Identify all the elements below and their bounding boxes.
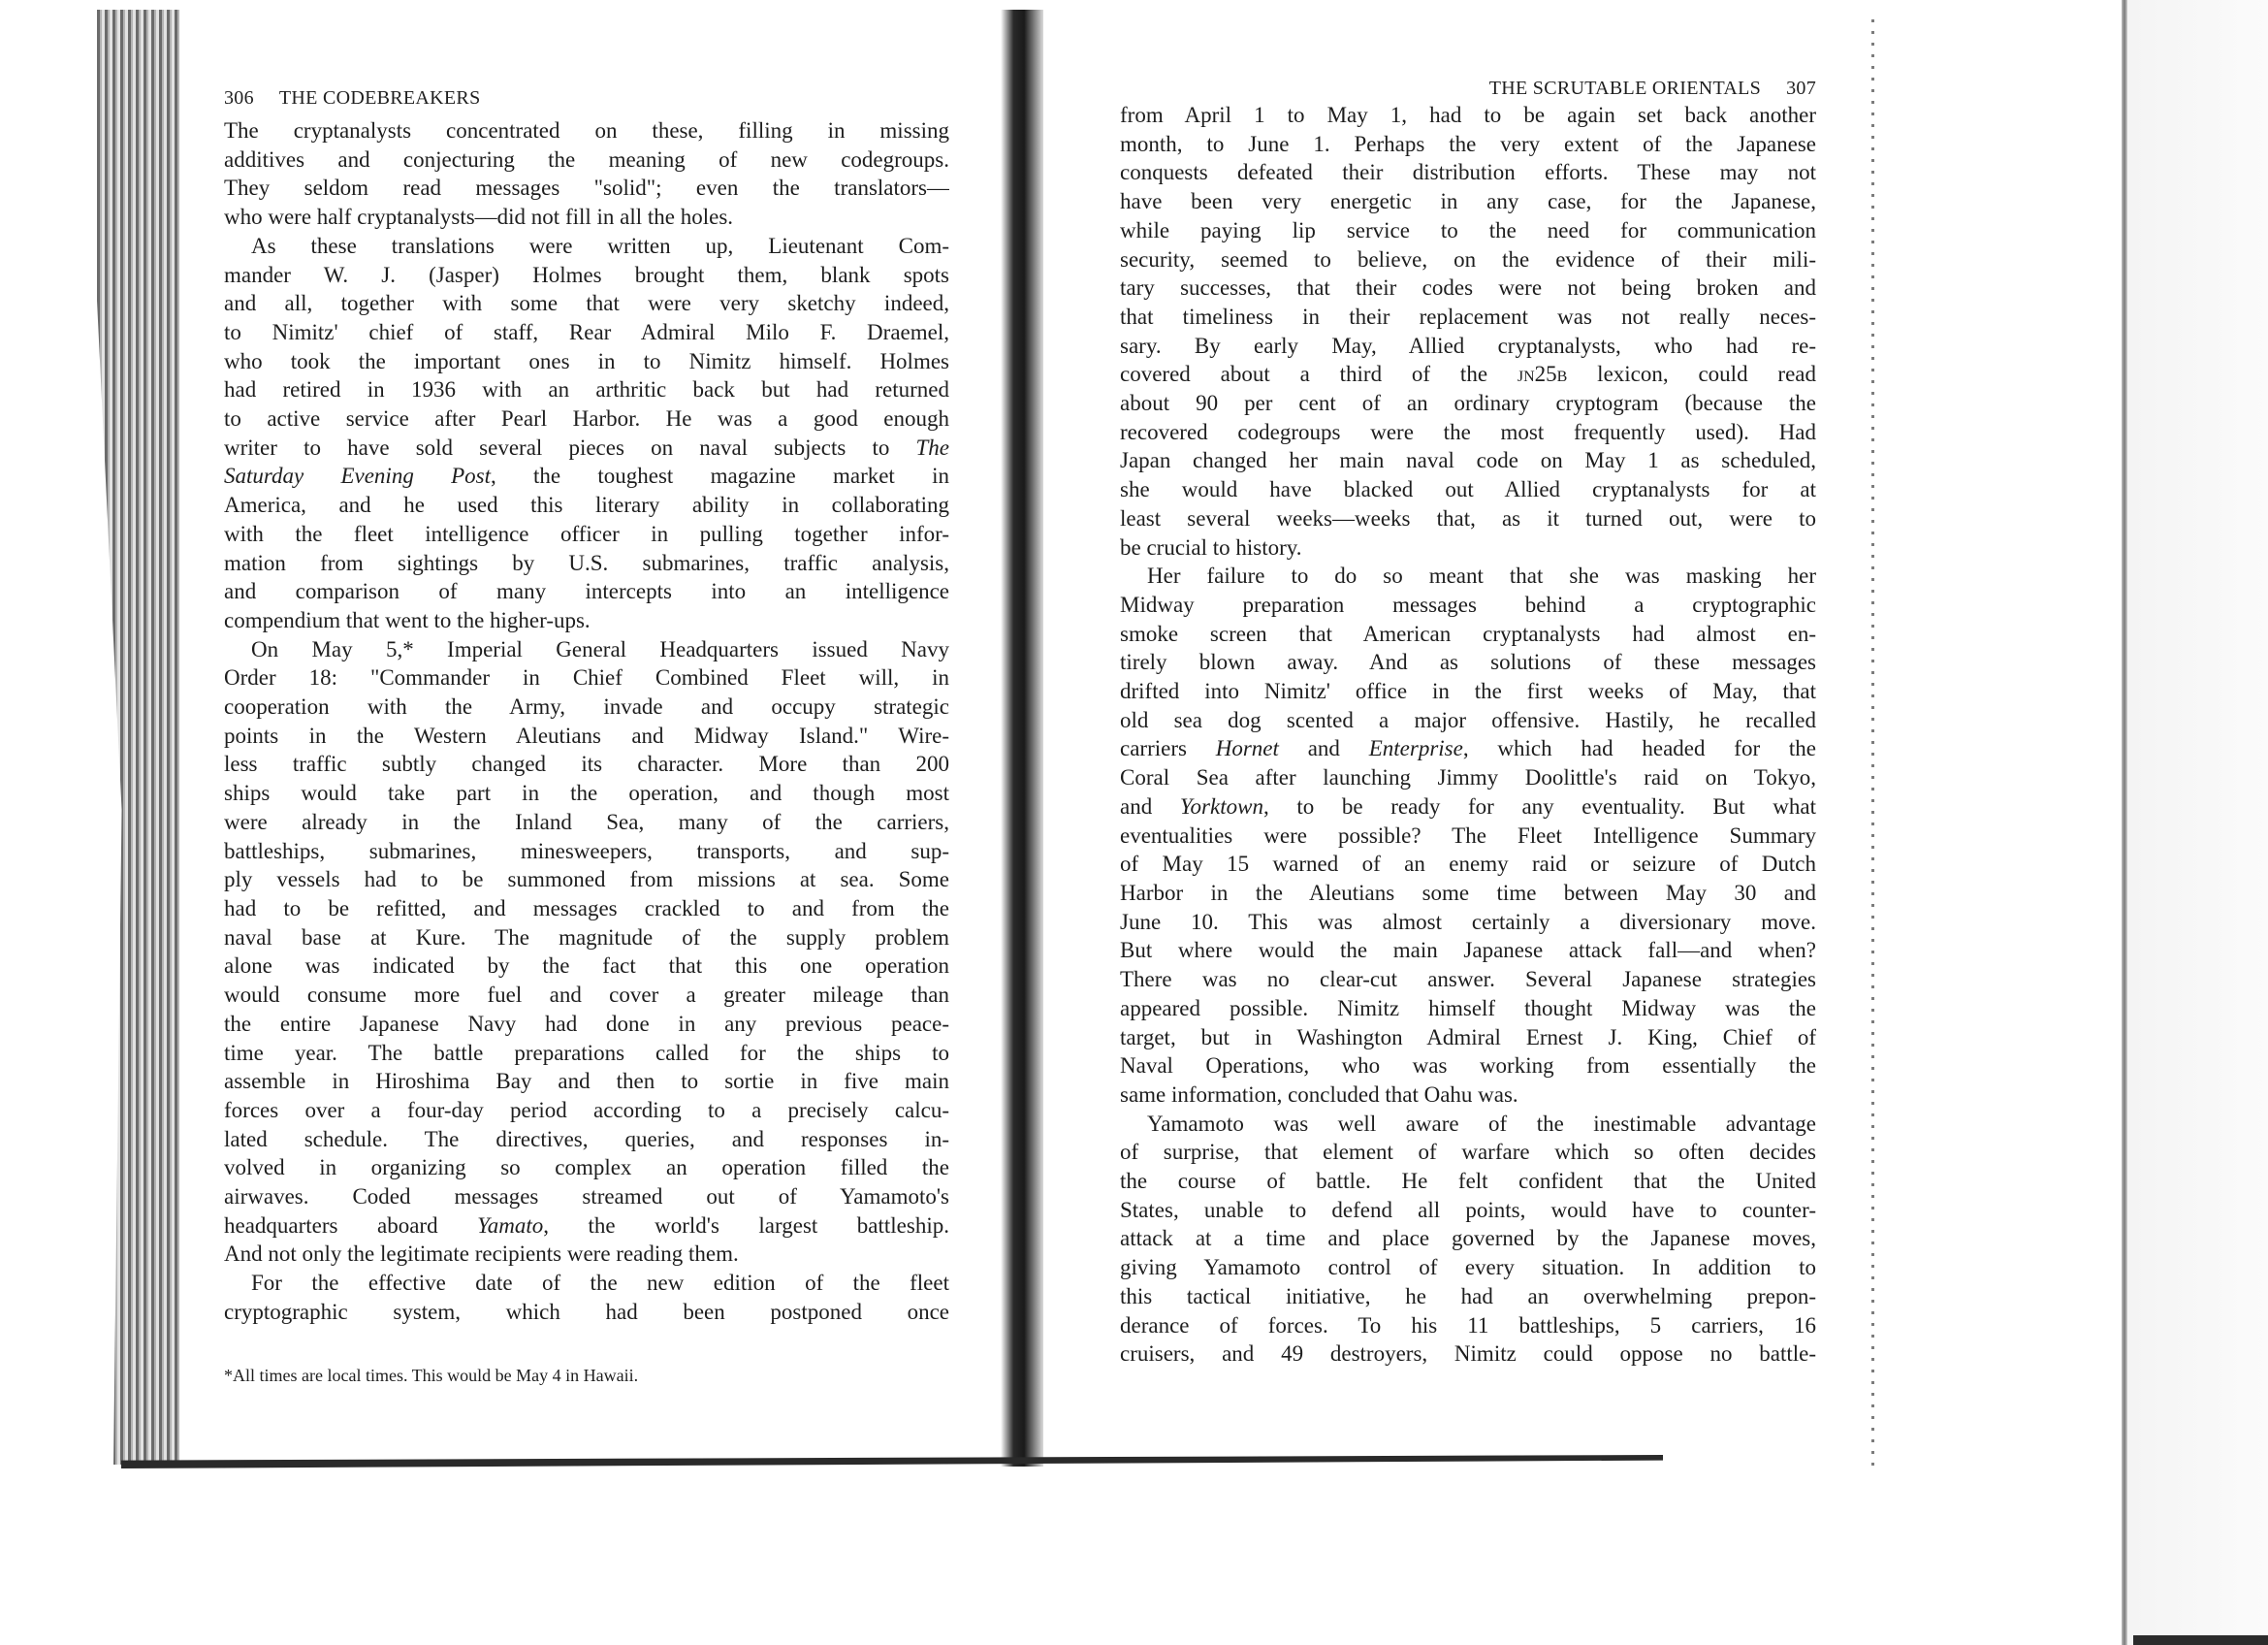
text-line: and comparison of many intercepts into a… [224,577,949,606]
text-line: cooperation with the Army, invade and oc… [224,693,949,722]
text-line: additives and conjecturing the meaning o… [224,145,949,175]
text-line: cruisers, and 49 destroyers, Nimitz coul… [1120,1339,1816,1369]
italic-title: Saturday Evening Post [224,464,491,488]
text-line: security, seemed to believe, on the evid… [1120,245,1816,274]
text-line: The cryptanalysts concentrated on these,… [224,116,949,145]
text-line: least several weeks—weeks that, as it tu… [1120,504,1816,533]
page-number: 306 [224,83,254,113]
text-line: of surprise, that element of warfare whi… [1120,1138,1816,1167]
text-line: tary successes, that their codes were no… [1120,274,1816,303]
scan-shadow-left-edge [97,10,179,1465]
text-line: from April 1 to May 1, had to be again s… [1120,101,1816,130]
text-line: mation from sightings by U.S. submarines… [224,549,949,578]
text-line: Japan changed her main naval code on May… [1120,446,1816,475]
text-line: States, unable to defend all points, wou… [1120,1196,1816,1225]
text-line: less traffic subtly changed its characte… [224,750,949,779]
running-head-title: THE CODEBREAKERS [279,87,481,109]
text-line: attack at a time and place governed by t… [1120,1224,1816,1253]
text-line: On May 5,* Imperial General Headquarters… [224,635,949,664]
text-line: target, but in Washington Admiral Ernest… [1120,1023,1816,1052]
text-line: eventualities were possible? The Fleet I… [1120,822,1816,851]
text-line: derance of forces. To his 11 battleships… [1120,1311,1816,1340]
text-line: Midway preparation messages behind a cry… [1120,591,1816,620]
right-page-edge [1871,19,1874,1469]
right-page-body: from April 1 to May 1, had to be again s… [1120,101,1816,1369]
text-line: compendium that went to the higher-ups. [224,606,949,635]
text-line: ships would take part in the operation, … [224,779,949,808]
text-line: assemble in Hiroshima Bay and then to so… [224,1067,949,1096]
text-line: who were half cryptanalysts—did not fill… [224,203,949,232]
text-line: volved in organizing so complex an opera… [224,1153,949,1182]
text-line: points in the Western Aleutians and Midw… [224,722,949,751]
left-page-body: The cryptanalysts concentrated on these,… [224,116,949,1327]
text-line: the entire Japanese Navy had done in any… [224,1010,949,1039]
text-line: to Nimitz' chief of staff, Rear Admiral … [224,318,949,347]
code-name-jn25b: jn25b [1517,362,1567,386]
running-head-left: 306THE CODEBREAKERS [224,83,949,113]
footnote: *All times are local times. This would b… [224,1366,638,1386]
text-line: same information, concluded that Oahu wa… [1120,1081,1816,1110]
text-line: this tactical initiative, he had an over… [1120,1282,1816,1311]
text-line: And not only the legitimate recipients w… [224,1240,949,1269]
text-line: For the effective date of the new editio… [224,1269,949,1298]
text-line: of May 15 warned of an enemy raid or sei… [1120,850,1816,879]
text-line: tirely blown away. And as solutions of t… [1120,648,1816,677]
text-line: Order 18: "Commander in Chief Combined F… [224,663,949,693]
text-line: But where would the main Japanese attack… [1120,936,1816,965]
text-line: had to be refitted, and messages crackle… [224,894,949,923]
text-line: sary. By early May, Allied cryptanalysts… [1120,332,1816,361]
text-line: carriers Hornet and Enterprise, which ha… [1120,734,1816,763]
text-line: Naval Operations, who was working from e… [1120,1051,1816,1081]
scanner-edge-bar [2122,0,2127,1645]
text-line: Yamamoto was well aware of the inestimab… [1120,1110,1816,1139]
running-head-right: THE SCRUTABLE ORIENTALS307 [1120,74,1816,103]
text-line: time year. The battle preparations calle… [224,1039,949,1068]
italic-title: The [916,435,950,460]
text-line: and all, together with some that were ve… [224,289,949,318]
scan-bottom-border [121,1455,1663,1468]
text-line: airwaves. Coded messages streamed out of… [224,1182,949,1211]
text-line: have been very energetic in any case, fo… [1120,187,1816,216]
text-line: There was no clear-cut answer. Several J… [1120,965,1816,994]
text-line: giving Yamamoto control of every situati… [1120,1253,1816,1282]
text-line: Saturday Evening Post, the toughest maga… [224,462,949,491]
running-head-title: THE SCRUTABLE ORIENTALS [1489,78,1761,99]
text-line: were already in the Inland Sea, many of … [224,808,949,837]
text-line: drifted into Nimitz' office in the first… [1120,677,1816,706]
italic-ship-name: Enterprise [1369,736,1463,760]
text-line: They seldom read messages "solid"; even … [224,174,949,203]
text-line: to active service after Pearl Harbor. He… [224,404,949,434]
text-line: Her failure to do so meant that she was … [1120,562,1816,591]
text-line: while paying lip service to the need for… [1120,216,1816,245]
text-line: alone was indicated by the fact that thi… [224,952,949,981]
text-line: battleships, submarines, minesweepers, t… [224,837,949,866]
text-line: month, to June 1. Perhaps the very exten… [1120,130,1816,159]
text-line: mander W. J. (Jasper) Holmes brought the… [224,261,949,290]
italic-ship-name: Yamato [477,1213,543,1238]
italic-ship-name: Hornet [1216,736,1279,760]
text-line: who took the important ones in to Nimitz… [224,347,949,376]
text-line: the course of battle. He felt confident … [1120,1167,1816,1196]
text-line: Harbor in the Aleutians some time betwee… [1120,879,1816,908]
page-number: 307 [1786,74,1816,103]
text-line: writer to have sold several pieces on na… [224,434,949,463]
text-line: America, and he used this literary abili… [224,491,949,520]
text-line: conquests defeated their distribution ef… [1120,158,1816,187]
text-line: appeared possible. Nimitz himself though… [1120,994,1816,1023]
text-line: ply vessels had to be summoned from miss… [224,865,949,894]
text-line: and Yorktown, to be ready for any eventu… [1120,792,1816,822]
text-line: covered about a third of the jn25b lexic… [1120,360,1816,389]
book-gutter-shadow [1001,10,1043,1467]
right-page: THE SCRUTABLE ORIENTALS307 from April 1 … [1120,74,1816,1369]
text-line: June 10. This was almost certainly a div… [1120,908,1816,937]
text-line: old sea dog scented a major offensive. H… [1120,706,1816,735]
text-line: that timeliness in their replacement was… [1120,303,1816,332]
text-line: had retired in 1936 with an arthritic ba… [224,375,949,404]
text-line: recovered codegroups were the most frequ… [1120,418,1816,447]
text-line: As these translations were written up, L… [224,232,949,261]
text-line: Coral Sea after launching Jimmy Doolittl… [1120,763,1816,792]
text-line: smoke screen that American cryptanalysts… [1120,620,1816,649]
scanner-bottom-bar [2133,1635,2268,1645]
text-line: she would have blacked out Allied crypta… [1120,475,1816,504]
scanner-background [2127,0,2268,1645]
text-line: would consume more fuel and cover a grea… [224,981,949,1010]
text-line: lated schedule. The directives, queries,… [224,1125,949,1154]
text-line: be crucial to history. [1120,533,1816,563]
text-line: about 90 per cent of an ordinary cryptog… [1120,389,1816,418]
text-line: with the fleet intelligence officer in p… [224,520,949,549]
text-line: cryptographic system, which had been pos… [224,1298,949,1327]
text-line: forces over a four-day period according … [224,1096,949,1125]
italic-ship-name: Yorktown [1180,794,1263,819]
left-page: 306THE CODEBREAKERS The cryptanalysts co… [224,83,949,1327]
text-line: naval base at Kure. The magnitude of the… [224,923,949,952]
text-line: headquarters aboard Yamato, the world's … [224,1211,949,1241]
